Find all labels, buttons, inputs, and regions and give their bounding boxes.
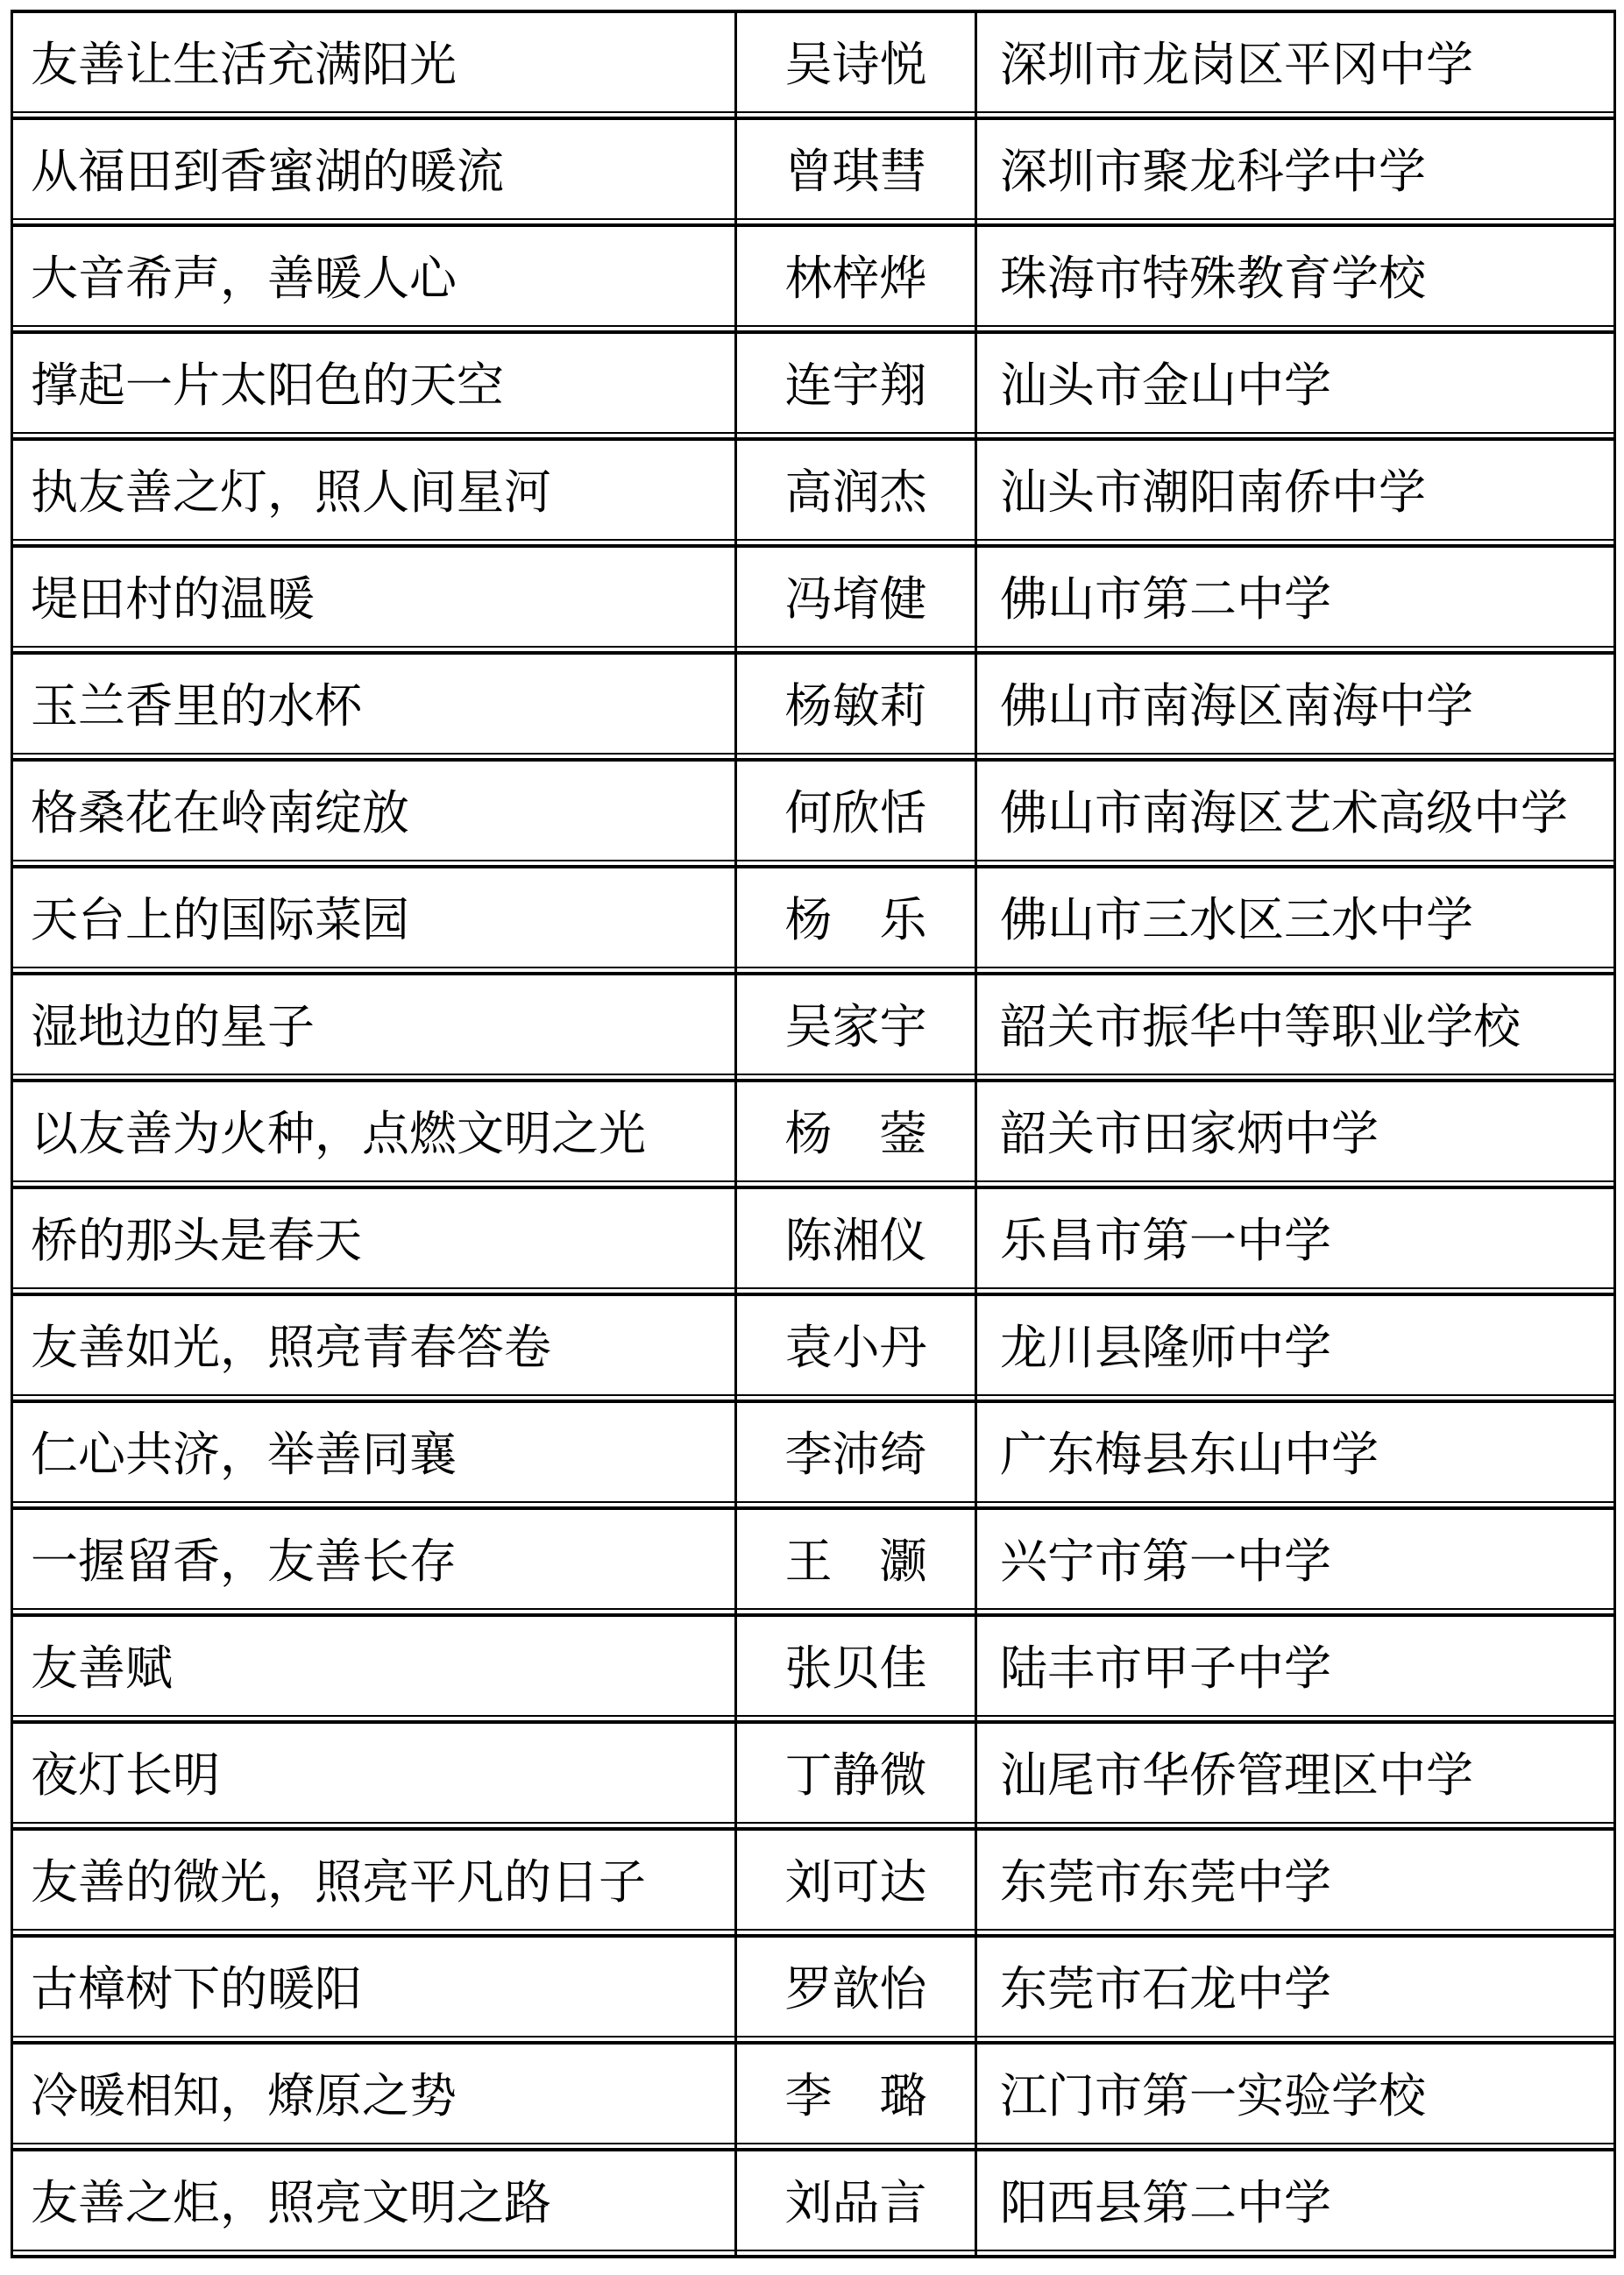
school-name-cell: 东莞市东莞中学 [976, 1829, 1615, 1936]
school-name-cell: 龙川县隆师中学 [976, 1294, 1615, 1401]
author-name-cell: 杨 乐 [736, 867, 976, 974]
table-row: 堤田村的温暖 冯堉健 佛山市第二中学 [12, 546, 1615, 653]
author-name-cell: 李沛绮 [736, 1401, 976, 1508]
author-name-cell: 连宇翔 [736, 332, 976, 439]
table-row: 以友善为火种，点燃文明之光 杨 蓥 韶关市田家炳中学 [12, 1081, 1615, 1187]
table-row: 仁心共济，举善同襄 李沛绮 广东梅县东山中学 [12, 1401, 1615, 1508]
school-name-cell: 汕头市金山中学 [976, 332, 1615, 439]
table-row: 友善让生活充满阳光 吴诗悦 深圳市龙岗区平冈中学 [12, 11, 1615, 118]
table-row: 友善之炬，照亮文明之路 刘品言 阳西县第二中学 [12, 2150, 1615, 2257]
work-title-cell: 湿地边的星子 [12, 974, 736, 1081]
author-name-cell: 袁小丹 [736, 1294, 976, 1401]
table-row: 天台上的国际菜园 杨 乐 佛山市三水区三水中学 [12, 867, 1615, 974]
work-title-cell: 友善让生活充满阳光 [12, 11, 736, 118]
table-row: 古樟树下的暖阳 罗歆怡 东莞市石龙中学 [12, 1936, 1615, 2043]
table-row: 大音希声，善暖人心 林梓烨 珠海市特殊教育学校 [12, 225, 1615, 332]
author-name-cell: 李 璐 [736, 2043, 976, 2150]
work-title-cell: 天台上的国际菜园 [12, 867, 736, 974]
author-name-cell: 刘品言 [736, 2150, 976, 2257]
author-name-cell: 杨敏莉 [736, 653, 976, 760]
school-name-cell: 佛山市南海区艺术高级中学 [976, 760, 1615, 867]
award-table-body: 友善让生活充满阳光 吴诗悦 深圳市龙岗区平冈中学 从福田到香蜜湖的暖流 曾琪彗 … [12, 11, 1615, 2257]
table-row: 一握留香，友善长存 王 灏 兴宁市第一中学 [12, 1508, 1615, 1615]
table-row: 冷暖相知，燎原之势 李 璐 江门市第一实验学校 [12, 2043, 1615, 2150]
work-title-cell: 冷暖相知，燎原之势 [12, 2043, 736, 2150]
school-name-cell: 佛山市三水区三水中学 [976, 867, 1615, 974]
work-title-cell: 大音希声，善暖人心 [12, 225, 736, 332]
author-name-cell: 高润杰 [736, 439, 976, 546]
table-row: 从福田到香蜜湖的暖流 曾琪彗 深圳市聚龙科学中学 [12, 118, 1615, 225]
work-title-cell: 友善之炬，照亮文明之路 [12, 2150, 736, 2257]
work-title-cell: 一握留香，友善长存 [12, 1508, 736, 1615]
work-title-cell: 以友善为火种，点燃文明之光 [12, 1081, 736, 1187]
table-row: 友善如光，照亮青春答卷 袁小丹 龙川县隆师中学 [12, 1294, 1615, 1401]
work-title-cell: 仁心共济，举善同襄 [12, 1401, 736, 1508]
work-title-cell: 桥的那头是春天 [12, 1187, 736, 1294]
author-name-cell: 何欣恬 [736, 760, 976, 867]
school-name-cell: 韶关市田家炳中学 [976, 1081, 1615, 1187]
school-name-cell: 广东梅县东山中学 [976, 1401, 1615, 1508]
award-list-table: 友善让生活充满阳光 吴诗悦 深圳市龙岗区平冈中学 从福田到香蜜湖的暖流 曾琪彗 … [11, 10, 1616, 2258]
school-name-cell: 乐昌市第一中学 [976, 1187, 1615, 1294]
table-row: 玉兰香里的水杯 杨敏莉 佛山市南海区南海中学 [12, 653, 1615, 760]
author-name-cell: 杨 蓥 [736, 1081, 976, 1187]
table-row: 友善赋 张贝佳 陆丰市甲子中学 [12, 1615, 1615, 1722]
author-name-cell: 曾琪彗 [736, 118, 976, 225]
work-title-cell: 友善赋 [12, 1615, 736, 1722]
author-name-cell: 张贝佳 [736, 1615, 976, 1722]
author-name-cell: 王 灏 [736, 1508, 976, 1615]
work-title-cell: 撑起一片太阳色的天空 [12, 332, 736, 439]
school-name-cell: 韶关市振华中等职业学校 [976, 974, 1615, 1081]
table-row: 湿地边的星子 吴家宇 韶关市振华中等职业学校 [12, 974, 1615, 1081]
table-row: 友善的微光，照亮平凡的日子 刘可达 东莞市东莞中学 [12, 1829, 1615, 1936]
work-title-cell: 古樟树下的暖阳 [12, 1936, 736, 2043]
school-name-cell: 汕头市潮阳南侨中学 [976, 439, 1615, 546]
table-row: 执友善之灯，照人间星河 高润杰 汕头市潮阳南侨中学 [12, 439, 1615, 546]
author-name-cell: 罗歆怡 [736, 1936, 976, 2043]
table-row: 桥的那头是春天 陈湘仪 乐昌市第一中学 [12, 1187, 1615, 1294]
work-title-cell: 从福田到香蜜湖的暖流 [12, 118, 736, 225]
work-title-cell: 格桑花在岭南绽放 [12, 760, 736, 867]
work-title-cell: 友善如光，照亮青春答卷 [12, 1294, 736, 1401]
author-name-cell: 刘可达 [736, 1829, 976, 1936]
work-title-cell: 玉兰香里的水杯 [12, 653, 736, 760]
author-name-cell: 林梓烨 [736, 225, 976, 332]
author-name-cell: 冯堉健 [736, 546, 976, 653]
table-row: 夜灯长明 丁静微 汕尾市华侨管理区中学 [12, 1722, 1615, 1829]
author-name-cell: 丁静微 [736, 1722, 976, 1829]
school-name-cell: 陆丰市甲子中学 [976, 1615, 1615, 1722]
school-name-cell: 阳西县第二中学 [976, 2150, 1615, 2257]
work-title-cell: 夜灯长明 [12, 1722, 736, 1829]
document-page: 友善让生活充满阳光 吴诗悦 深圳市龙岗区平冈中学 从福田到香蜜湖的暖流 曾琪彗 … [0, 0, 1624, 2275]
school-name-cell: 东莞市石龙中学 [976, 1936, 1615, 2043]
school-name-cell: 兴宁市第一中学 [976, 1508, 1615, 1615]
school-name-cell: 深圳市龙岗区平冈中学 [976, 11, 1615, 118]
school-name-cell: 汕尾市华侨管理区中学 [976, 1722, 1615, 1829]
work-title-cell: 友善的微光，照亮平凡的日子 [12, 1829, 736, 1936]
table-row: 格桑花在岭南绽放 何欣恬 佛山市南海区艺术高级中学 [12, 760, 1615, 867]
author-name-cell: 吴诗悦 [736, 11, 976, 118]
author-name-cell: 陈湘仪 [736, 1187, 976, 1294]
school-name-cell: 江门市第一实验学校 [976, 2043, 1615, 2150]
work-title-cell: 执友善之灯，照人间星河 [12, 439, 736, 546]
table-row: 撑起一片太阳色的天空 连宇翔 汕头市金山中学 [12, 332, 1615, 439]
school-name-cell: 珠海市特殊教育学校 [976, 225, 1615, 332]
school-name-cell: 佛山市第二中学 [976, 546, 1615, 653]
work-title-cell: 堤田村的温暖 [12, 546, 736, 653]
author-name-cell: 吴家宇 [736, 974, 976, 1081]
school-name-cell: 佛山市南海区南海中学 [976, 653, 1615, 760]
school-name-cell: 深圳市聚龙科学中学 [976, 118, 1615, 225]
